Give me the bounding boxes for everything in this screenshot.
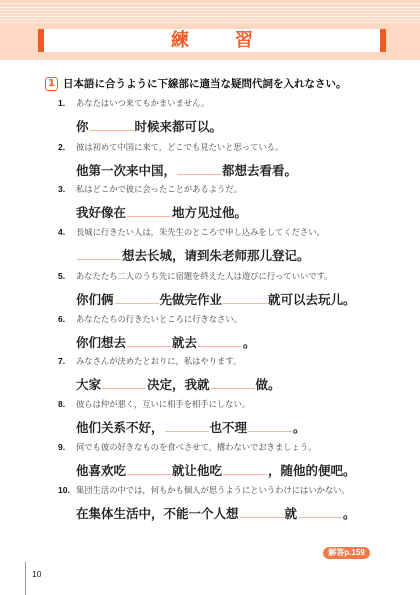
section-instruction: 1 日本語に合うように下線部に適当な疑問代詞を入れなさい。 <box>45 76 347 91</box>
question-text: 何でも彼の好きなものを食べさせて，構わないでおきましょう。 <box>76 442 316 452</box>
page-number: 10 <box>32 569 41 579</box>
question-number: 7. <box>58 356 76 366</box>
answer-blank[interactable] <box>298 505 342 518</box>
sentence-fragment: ，随他的便吧。 <box>268 463 356 478</box>
question-japanese: 2.彼は初めて中国に来て，どこでも見たいと思っている。 <box>58 141 283 153</box>
sentence-fragment: 你们想去 <box>76 335 126 350</box>
header-stripe <box>0 7 420 8</box>
answer-sentence: 他喜欢吃就让他吃，随他的便吧。 <box>76 461 356 479</box>
question-number: 3. <box>58 184 76 194</box>
sentence-fragment: 做。 <box>256 377 281 392</box>
sentence-fragment: 。 <box>343 506 356 521</box>
question-text: あなたたち二人のうち先に宿題を終えた人は遊びに行っていいです。 <box>76 271 333 281</box>
answer-blank[interactable] <box>115 291 159 304</box>
sentence-fragment: 也不理 <box>210 420 248 435</box>
question-text: 私はどこかで彼に会ったことがあるようだ。 <box>76 184 242 194</box>
answer-blank[interactable] <box>198 334 242 347</box>
answer-sentence: 他第一次来中国，都想去看看。 <box>76 161 297 179</box>
answer-sentence: 你时候来都可以。 <box>76 117 222 135</box>
question-text: 集団生活の中では，何もかも個人が思うようにというわけにはいかない。 <box>76 485 350 495</box>
section-number: 1 <box>45 77 58 91</box>
question-japanese: 4.長城に行きたい人は，朱先生のところで申し込みをしてください。 <box>58 226 325 238</box>
answer-blank[interactable] <box>165 419 209 432</box>
question-japanese: 10.集団生活の中では，何もかも個人が思うようにというわけにはいかない。 <box>58 484 350 496</box>
answer-blank[interactable] <box>77 247 121 260</box>
header-stripe <box>0 22 420 23</box>
answer-sentence: 我好像在地方见过他。 <box>76 203 247 221</box>
sentence-fragment: 他喜欢吃 <box>76 463 126 478</box>
answer-sentence: 大家决定，我就做。 <box>76 375 281 393</box>
instruction-text: 日本語に合うように下線部に適当な疑問代詞を入れなさい。 <box>63 76 347 91</box>
page-margin-rule <box>25 562 26 595</box>
sentence-fragment: 地方见过他。 <box>172 205 247 220</box>
question-number: 10. <box>58 485 76 495</box>
question-number: 5. <box>58 271 76 281</box>
header-stripe <box>0 3 420 4</box>
sentence-fragment: 想去长城，请到朱老师那儿登记。 <box>122 248 310 263</box>
answer-sentence: 你们俩先做完作业就可以去玩儿。 <box>76 290 356 308</box>
answer-sentence: 想去长城，请到朱老师那儿登记。 <box>76 246 310 264</box>
header-stripe <box>0 13 420 14</box>
sentence-fragment: 我好像在 <box>76 205 126 220</box>
answer-blank[interactable] <box>248 419 292 432</box>
sentence-fragment: 先做完作业 <box>160 292 223 307</box>
answer-blank[interactable] <box>102 376 146 389</box>
question-number: 2. <box>58 142 76 152</box>
sentence-fragment: 。 <box>243 335 256 350</box>
question-text: みなさんが決めたとおりに，私はやります。 <box>76 356 241 366</box>
question-japanese: 8.彼らは仲が悪く，互いに相手を相手にしない。 <box>58 398 250 410</box>
answer-blank[interactable] <box>90 118 134 131</box>
sentence-fragment: 就去 <box>172 335 197 350</box>
title-accent-bar-right <box>380 29 386 52</box>
question-number: 4. <box>58 227 76 237</box>
question-text: 彼は初めて中国に来て，どこでも見たいと思っている。 <box>76 142 283 152</box>
answer-blank[interactable] <box>223 291 267 304</box>
question-number: 8. <box>58 399 76 409</box>
answer-reference-badge: 解答p.159 <box>323 547 370 559</box>
question-japanese: 9.何でも彼の好きなものを食べさせて，構わないでおきましょう。 <box>58 441 316 453</box>
question-number: 1. <box>58 98 76 108</box>
answer-blank[interactable] <box>211 376 255 389</box>
sentence-fragment: 决定，我就 <box>147 377 210 392</box>
question-number: 9. <box>58 442 76 452</box>
question-japanese: 5.あなたたち二人のうち先に宿題を終えた人は遊びに行っていいです。 <box>58 270 333 282</box>
sentence-fragment: 就让他吃 <box>172 463 222 478</box>
question-japanese: 7.みなさんが決めたとおりに，私はやります。 <box>58 355 241 367</box>
sentence-fragment: 在集体生活中，不能一个人想 <box>76 506 239 521</box>
question-japanese: 6.あなたたちの行きたいところに行きなさい。 <box>58 313 242 325</box>
sentence-fragment: 时候来都可以。 <box>135 119 223 134</box>
question-text: 長城に行きたい人は，朱先生のところで申し込みをしてください。 <box>76 227 325 237</box>
sentence-fragment: 就可以去玩儿。 <box>268 292 356 307</box>
sentence-fragment: 就 <box>285 506 298 521</box>
answer-blank[interactable] <box>127 462 171 475</box>
sentence-fragment: 都想去看看。 <box>222 163 297 178</box>
answer-sentence: 你们想去就去。 <box>76 333 256 351</box>
sentence-fragment: 。 <box>293 420 306 435</box>
question-japanese: 1.あなたはいつ来てもかまいません。 <box>58 97 209 109</box>
question-japanese: 3.私はどこかで彼に会ったことがあるようだ。 <box>58 183 242 195</box>
answer-sentence: 他们关系不好，也不理。 <box>76 418 306 436</box>
sentence-fragment: 你们俩 <box>76 292 114 307</box>
header-stripe <box>0 10 420 11</box>
question-text: あなたたちの行きたいところに行きなさい。 <box>76 314 242 324</box>
answer-sentence: 在集体生活中，不能一个人想就。 <box>76 504 356 522</box>
answer-blank[interactable] <box>127 334 171 347</box>
answer-blank[interactable] <box>177 162 221 175</box>
page-title: 練 習 <box>44 29 380 52</box>
answer-blank[interactable] <box>223 462 267 475</box>
header-stripe <box>0 19 420 20</box>
sentence-fragment: 你 <box>76 119 89 134</box>
sentence-fragment: 他们关系不好， <box>76 420 164 435</box>
answer-blank[interactable] <box>240 505 284 518</box>
question-text: あなたはいつ来てもかまいません。 <box>76 98 209 108</box>
answer-blank[interactable] <box>127 204 171 217</box>
sentence-fragment: 大家 <box>76 377 101 392</box>
question-text: 彼らは仲が悪く，互いに相手を相手にしない。 <box>76 399 250 409</box>
question-number: 6. <box>58 314 76 324</box>
header-stripe <box>0 16 420 17</box>
sentence-fragment: 他第一次来中国， <box>76 163 176 178</box>
